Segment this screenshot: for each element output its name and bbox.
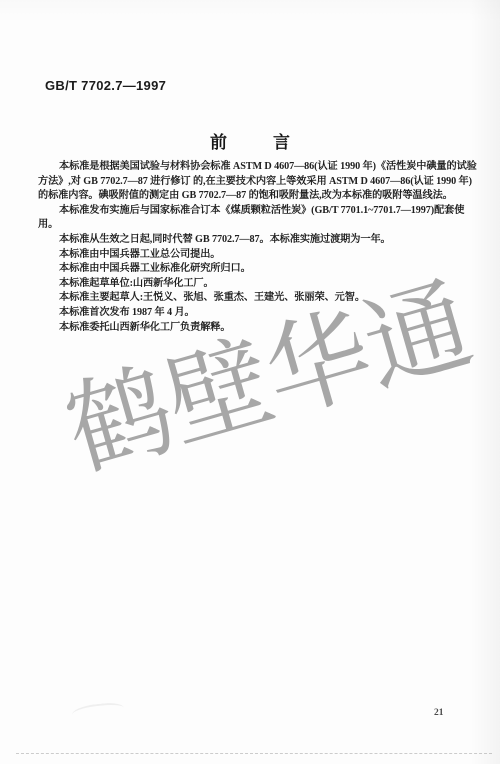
foreword-line: 本标准由中国兵器工业标准化研究所归口。 (38, 262, 468, 277)
scanned-document-page: GB/T 7702.7—1997 前言 本标准是根据美国试验与材料协会标准 AS… (0, 0, 500, 764)
foreword-line: 用。 (38, 218, 468, 233)
foreword-line: 本标准发布实施后与国家标准合订本《煤质颗粒活性炭》(GB/T 7701.1~77… (38, 204, 468, 219)
foreword-line: 方法》,对 GB 7702.7—87 进行修订 的,在主要技术内容上等效采用 A… (38, 175, 468, 190)
foreword-title: 前言 (210, 128, 336, 153)
foreword-body: 本标准是根据美国试验与材料协会标准 ASTM D 4607—86(认证 1990… (38, 160, 468, 335)
page-number: 21 (434, 708, 444, 718)
foreword-line: 本标准首次发布 1987 年 4 月。 (38, 306, 468, 321)
standard-code: GB/T 7702.7—1997 (45, 78, 166, 93)
foreword-line: 的标准内容。碘吸附值的测定由 GB 7702.7—87 的饱和吸附量法,改为本标… (38, 189, 468, 204)
foreword-line: 本标准从生效之日起,同时代替 GB 7702.7—87。本标准实施过渡期为一年。 (38, 233, 468, 248)
foreword-line: 本标准是根据美国试验与材料协会标准 ASTM D 4607—86(认证 1990… (38, 160, 468, 175)
scan-edge-shading (0, 0, 500, 764)
foreword-line: 本标准主要起草人:王悦义、张旭、张重杰、王建光、张丽荣、元智。 (38, 291, 468, 306)
foreword-line: 本标准由中国兵器工业总公司提出。 (38, 248, 468, 263)
foreword-line: 本标准委托山西新华化工厂负责解释。 (38, 321, 468, 336)
scan-bottom-edge (16, 753, 492, 754)
foreword-line: 本标准起草单位:山西新华化工厂。 (38, 277, 468, 292)
scan-smudge-artifact (71, 701, 124, 722)
foreword-title-row: 前言 (0, 128, 500, 153)
